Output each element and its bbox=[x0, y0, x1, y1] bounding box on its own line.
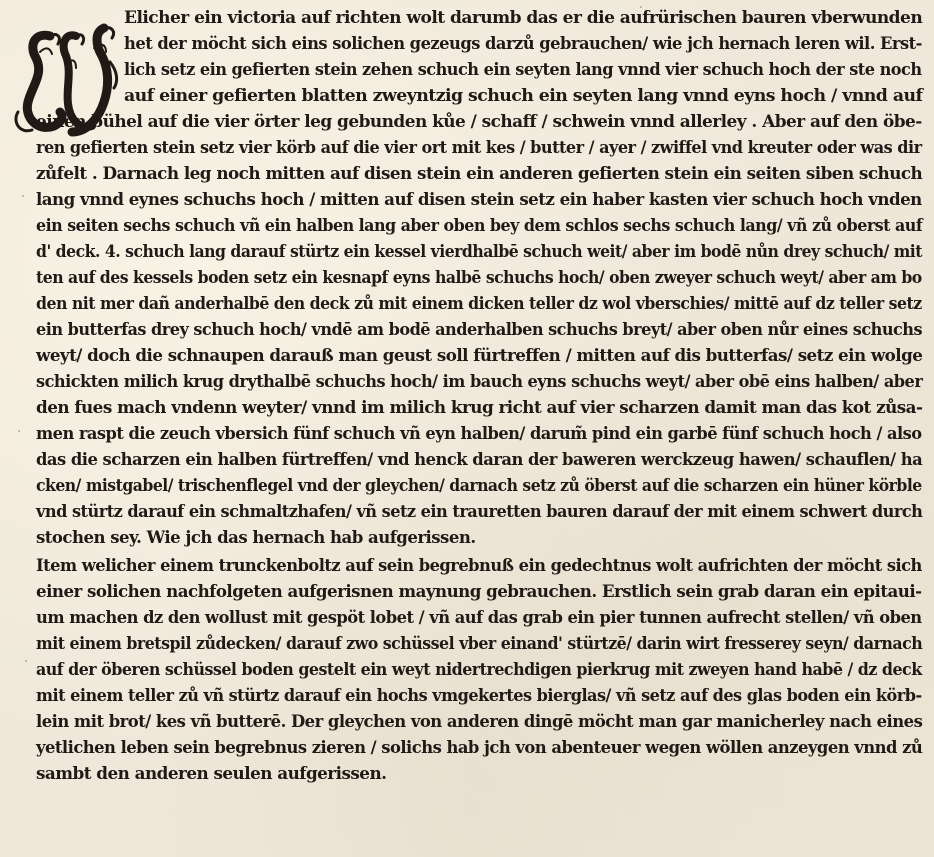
text-line: cken/ mistgabel/ trischenflegel vnd der … bbox=[36, 476, 922, 496]
text-line: yetlichen leben sein begrebnus zieren / … bbox=[36, 738, 922, 758]
text-line: um machen dz den wollust mit gespöt lobe… bbox=[36, 608, 922, 628]
text-line: mit einem teller zů vñ stürtz darauf ein… bbox=[36, 686, 922, 706]
paper-speck bbox=[22, 195, 24, 197]
text-line: auf einer gefierten blatten zweyntzig sc… bbox=[124, 86, 922, 106]
text-line: einer solichen nachfolgeten aufgerisnen … bbox=[36, 582, 922, 602]
text-line: ein seiten sechs schuch vñ ein halben la… bbox=[36, 216, 922, 236]
text-line: den nit mer dañ anderhalbē den deck zů m… bbox=[36, 294, 922, 314]
text-line: lein mit brot/ kes vñ butterē. Der gleyc… bbox=[36, 712, 922, 732]
text-line: sambt den anderen seulen aufgerissen. bbox=[36, 764, 386, 784]
paper-speck bbox=[25, 660, 27, 662]
text-line: zůfelt . Darnach leg noch mitten auf dis… bbox=[36, 164, 922, 184]
text-line: weyt/ doch die schnaupen darauß man geus… bbox=[36, 346, 922, 366]
text-line: ren gefierten stein setz vier körb auf d… bbox=[36, 138, 922, 158]
text-line: mit einem bretspil zůdecken/ darauf zwo … bbox=[36, 634, 922, 654]
text-line: Item welicher einem trunckenboltz auf se… bbox=[36, 556, 922, 576]
paper-speck bbox=[640, 6, 642, 8]
text-line: auf der öberen schüssel boden gestelt ei… bbox=[36, 660, 922, 680]
text-line: stochen sey. Wie jch das hernach hab auf… bbox=[36, 528, 476, 548]
text-line: einen bühel auf die vier örter leg gebun… bbox=[36, 112, 922, 132]
scanned-page: Elicher ein victoria auf richten wolt da… bbox=[0, 0, 934, 857]
text-line: das die scharzen ein halben fürtreffen/ … bbox=[36, 450, 922, 470]
text-line: schickten milich krug drythalbē schuchs … bbox=[36, 372, 922, 392]
text-line: vnd stürtz darauf ein schmaltzhafen/ vñ … bbox=[36, 502, 922, 522]
paper-speck bbox=[18, 430, 20, 432]
text-line: Elicher ein victoria auf richten wolt da… bbox=[124, 8, 922, 28]
text-line: lang vnnd eynes schuchs hoch / mitten au… bbox=[36, 190, 922, 210]
text-line: den fues mach vndenn weyter/ vnnd im mil… bbox=[36, 398, 922, 418]
text-line: d' deck. 4. schuch lang darauf stürtz ei… bbox=[36, 242, 922, 262]
text-line: lich setz ein gefierten stein zehen schu… bbox=[124, 60, 922, 80]
text-line: ten auf des kessels boden setz ein kesna… bbox=[36, 268, 922, 288]
text-line: ein butterfas drey schuch hoch/ vndē am … bbox=[36, 320, 922, 340]
text-line: het der möcht sich eins solichen gezeugs… bbox=[124, 34, 922, 54]
text-line: men raspt die zeuch vbersich fünf schuch… bbox=[36, 424, 922, 444]
